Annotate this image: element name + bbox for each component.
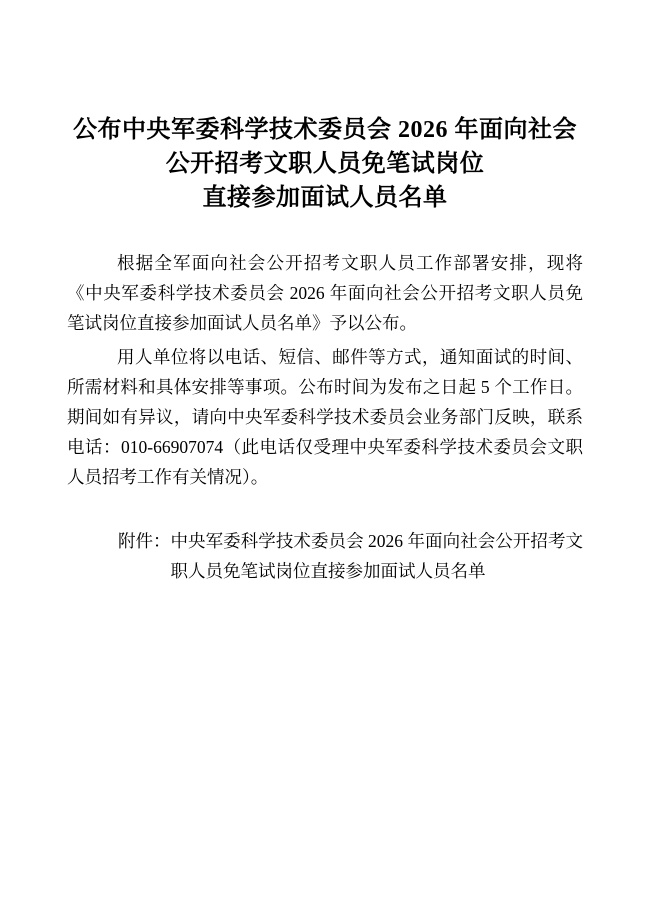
- document-body: 根据全军面向社会公开招考文职人员工作部署安排，现将《中央军委科学技术委员会 20…: [67, 248, 583, 492]
- attachment-section: 附件： 中央军委科学技术委员会 2026 年面向社会公开招考文职人员免笔试岗位直…: [118, 526, 583, 586]
- attachment-label: 附件：: [118, 526, 171, 556]
- document-page: 公布中央军委科学技术委员会 2026 年面向社会 公开招考文职人员免笔试岗位 直…: [0, 0, 650, 919]
- title-line-2: 公开招考文职人员免笔试岗位: [67, 147, 583, 181]
- paragraph-announcement: 根据全军面向社会公开招考文职人员工作部署安排，现将《中央军委科学技术委员会 20…: [67, 248, 583, 338]
- document-content: 公布中央军委科学技术委员会 2026 年面向社会 公开招考文职人员免笔试岗位 直…: [67, 0, 583, 586]
- title-line-3: 直接参加面试人员名单: [67, 181, 583, 215]
- attachment-title: 中央军委科学技术委员会 2026 年面向社会公开招考文职人员免笔试岗位直接参加面…: [171, 526, 584, 586]
- document-title: 公布中央军委科学技术委员会 2026 年面向社会 公开招考文职人员免笔试岗位 直…: [67, 113, 583, 215]
- title-line-1: 公布中央军委科学技术委员会 2026 年面向社会: [67, 113, 583, 147]
- paragraph-notice-details: 用人单位将以电话、短信、邮件等方式，通知面试的时间、所需材料和具体安排等事项。公…: [67, 342, 583, 492]
